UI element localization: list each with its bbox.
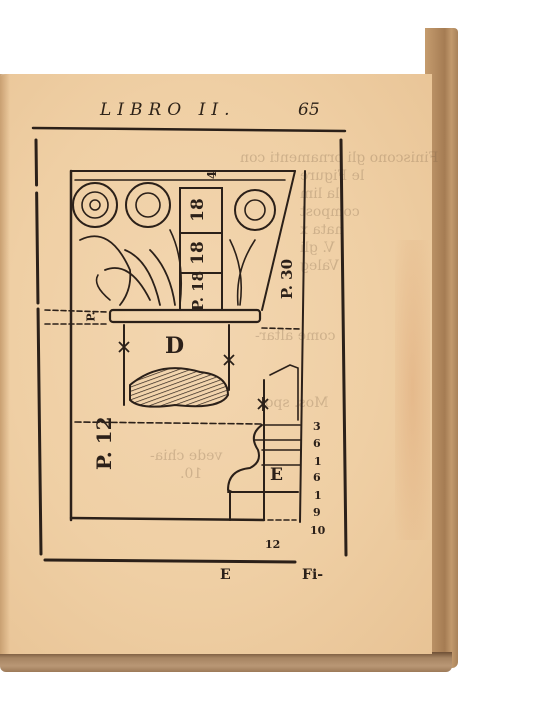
catchword-right: Fi- [302, 567, 323, 583]
capital-height-label: 18 [188, 241, 208, 265]
capital-letter-d: D [165, 333, 184, 359]
capital-height-label: 18 [188, 198, 208, 222]
base-scale-value: 10 [310, 524, 325, 537]
base-scale-value: 3 [313, 420, 321, 433]
base-scale-value: 9 [313, 506, 321, 519]
p-small-label: P. [85, 311, 98, 321]
base-scale-value: 1 [314, 489, 322, 502]
base-scale-value: 1 [314, 455, 322, 468]
abacus-mark: 4 [205, 171, 219, 179]
p-twelve-label: P. 12 [92, 417, 116, 471]
base-scale-value: 6 [313, 471, 321, 484]
base-bottom-number: 12 [265, 538, 280, 551]
capital-height-label: P. 18 [189, 271, 207, 311]
base-scale-value: 6 [313, 437, 321, 450]
woodcut-figure [0, 0, 533, 703]
right-dimension-label: P. 30 [278, 259, 296, 299]
base-letter-e: E [270, 465, 283, 485]
catchword-left: E [220, 567, 231, 583]
